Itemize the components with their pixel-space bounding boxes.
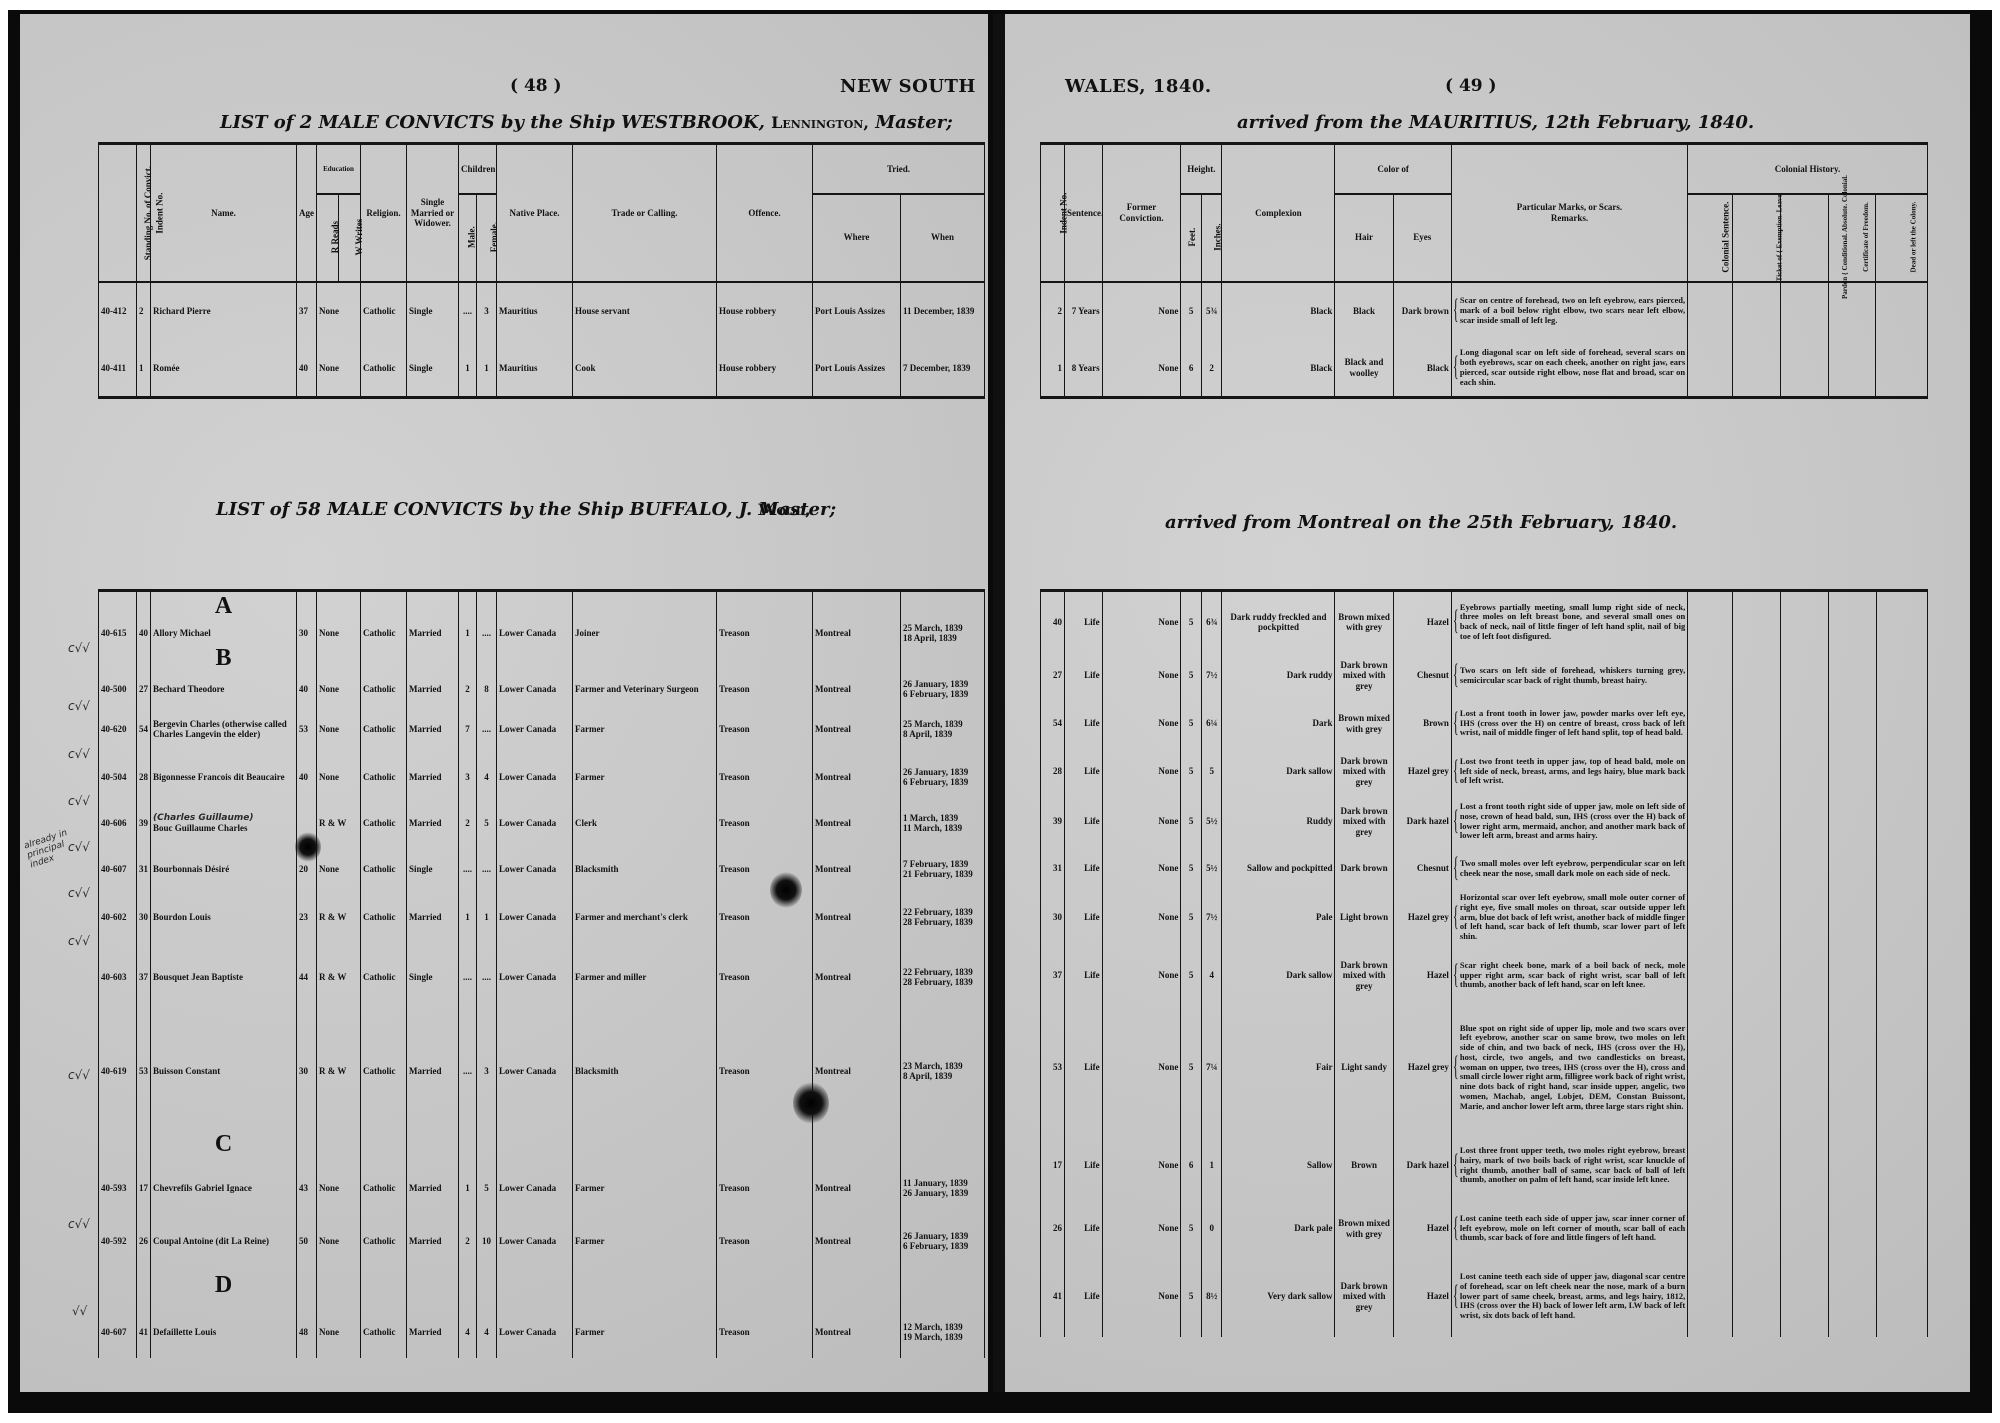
former-conviction: None	[1102, 889, 1181, 947]
header-offence: Offence.	[717, 144, 813, 282]
tried-when: 12 March, 183919 March, 1839	[901, 1306, 985, 1358]
header-where: Where	[813, 194, 901, 282]
indent-no: 53	[1041, 1005, 1065, 1131]
particular-marks: Blue spot on right side of upper lip, mo…	[1451, 1005, 1687, 1131]
table-row: 31LifeNone55½Sallow and pockpittedDark b…	[1041, 849, 1928, 889]
check-mark: c√√	[68, 641, 90, 655]
religion: Catholic	[361, 622, 407, 645]
indent-no: 37	[137, 942, 151, 1012]
height-feet: 5	[1181, 1257, 1202, 1337]
complexion: Sallow and pockpitted	[1222, 849, 1335, 889]
tried-where: Montreal	[813, 1306, 901, 1358]
westbrook-table-right: Indent No. Sentence. Former Conviction. …	[1040, 142, 1928, 564]
alpha-letter-b: B	[151, 644, 297, 674]
convict-name: Buisson Constant	[151, 1012, 297, 1130]
tried-when: 26 January, 18396 February, 1839	[901, 674, 985, 704]
complexion: Sallow	[1222, 1131, 1335, 1201]
complexion: Ruddy	[1222, 795, 1335, 849]
tried-where: Montreal	[813, 942, 901, 1012]
standing-no: 40-619	[99, 1012, 137, 1130]
check-mark: √√	[72, 1304, 87, 1318]
standing-no: 40-411	[99, 340, 137, 398]
native-place: Lower Canada	[497, 754, 573, 800]
indent-no: 37	[1041, 947, 1065, 1005]
hair-color: Black and woolley	[1335, 340, 1393, 398]
marital-status: Married	[407, 704, 459, 754]
header-former-conviction: Former Conviction.	[1102, 144, 1181, 282]
height-feet: 5	[1181, 849, 1202, 889]
trade: Farmer and Veterinary Surgeon	[573, 674, 717, 704]
westbrook-master: Lennington,	[771, 113, 869, 132]
height-inches: 7½	[1201, 889, 1222, 947]
indent-no: 27	[1041, 653, 1065, 699]
header-eyes: Eyes	[1393, 194, 1451, 282]
marital-status: Married	[407, 1216, 459, 1266]
height-inches: 8½	[1201, 1257, 1222, 1337]
buffalo-master: Wood,	[759, 500, 811, 519]
complexion: Very dark sallow	[1222, 1257, 1335, 1337]
tried-where: Montreal	[813, 1216, 901, 1266]
indent-no: 2	[1041, 282, 1065, 340]
tried-where: Montreal	[813, 674, 901, 704]
table-row: 27 YearsNone55¾BlackBlackDark brownScar …	[1041, 282, 1928, 340]
convict-name: Romée	[151, 340, 297, 398]
offence: Treason	[717, 1160, 813, 1216]
header-education: Education	[317, 144, 361, 194]
native-place: Mauritius	[497, 340, 573, 398]
children-male: 4	[459, 1306, 477, 1358]
convict-name: Bigonnesse Francois dit Beaucaire	[151, 754, 297, 800]
education: None	[317, 282, 361, 340]
header-height: Height.	[1181, 144, 1222, 194]
marital-status: Married	[407, 1306, 459, 1358]
height-inches: 5	[1201, 749, 1222, 795]
age: 44	[297, 942, 317, 1012]
age: 40	[297, 754, 317, 800]
age: 40	[297, 340, 317, 398]
convict-name: Coupal Antoine (dit La Reine)	[151, 1216, 297, 1266]
header-complexion: Complexion	[1222, 144, 1335, 282]
education: None	[317, 674, 361, 704]
alpha-letter-d: D	[151, 1266, 297, 1306]
table-row: 40-411 1 Romée 40 None Catholic Single 1…	[99, 340, 985, 398]
convict-name: (Charles Guillaume)Bouc Guillaume Charle…	[151, 800, 297, 846]
table-row: 40-50027Bechard Theodore40NoneCatholicMa…	[99, 674, 985, 704]
tried-when: 7 December, 1839	[901, 340, 985, 398]
education: R & W	[317, 1012, 361, 1130]
tried-when: 23 March, 18398 April, 1839	[901, 1012, 985, 1130]
eye-color: Hazel grey	[1393, 1005, 1451, 1131]
indent-no: 54	[137, 704, 151, 754]
hair-color: Light brown	[1335, 889, 1393, 947]
alpha-letter-a: A	[151, 591, 297, 622]
tried-where: Montreal	[813, 846, 901, 892]
indent-no: 31	[1041, 849, 1065, 889]
header-pardon: Pardon { Conditional. Absolute. Colonial…	[1780, 194, 1828, 282]
complexion: Dark sallow	[1222, 749, 1335, 795]
tried-where: Montreal	[813, 892, 901, 942]
table-row: 26LifeNone50Dark paleBrown mixed with gr…	[1041, 1201, 1928, 1257]
complexion: Dark pale	[1222, 1201, 1335, 1257]
age: 40	[297, 674, 317, 704]
header-hair: Hair	[1335, 194, 1393, 282]
header-inches: Inches.	[1201, 194, 1222, 282]
tried-where: Montreal	[813, 1160, 901, 1216]
standing-no: 40-593	[99, 1160, 137, 1216]
table-row: 27LifeNone57½Dark ruddyDark brown mixed …	[1041, 653, 1928, 699]
marital-status: Single	[407, 942, 459, 1012]
tried-where: Montreal	[813, 754, 901, 800]
westbrook-title: LIST of 2 MALE CONVICTS by the Ship WEST…	[220, 112, 953, 133]
religion: Catholic	[361, 1216, 407, 1266]
particular-marks: Eyebrows partially meeting, small lump r…	[1451, 591, 1687, 653]
running-head-left: NEW SOUTH	[840, 76, 976, 97]
height-inches: 4	[1201, 947, 1222, 1005]
children-female: 4	[477, 1306, 497, 1358]
native-place: Lower Canada	[497, 1012, 573, 1130]
height-feet: 5	[1181, 795, 1202, 849]
children-male: ....	[459, 282, 477, 340]
children-female: 3	[477, 1012, 497, 1130]
sentence: Life	[1064, 947, 1102, 1005]
complexion: Fair	[1222, 1005, 1335, 1131]
height-inches: 0	[1201, 1201, 1222, 1257]
sentence: Life	[1064, 699, 1102, 749]
tried-where: Montreal	[813, 704, 901, 754]
former-conviction: None	[1102, 749, 1181, 795]
header-marital: Single Married or Widower.	[407, 144, 459, 282]
height-feet: 5	[1181, 653, 1202, 699]
margin-note: already in principal index	[23, 823, 89, 870]
trade: Farmer	[573, 704, 717, 754]
native-place: Lower Canada	[497, 892, 573, 942]
native-place: Mauritius	[497, 282, 573, 340]
particular-marks: Lost canine teeth each side of upper jaw…	[1451, 1257, 1687, 1337]
religion: Catholic	[361, 892, 407, 942]
tried-when: 25 March, 18398 April, 1839	[901, 704, 985, 754]
children-male: 7	[459, 704, 477, 754]
convict-name: Bousquet Jean Baptiste	[151, 942, 297, 1012]
header-reads: R Reads	[317, 194, 339, 282]
children-male: 1	[459, 1160, 477, 1216]
right-page: WALES, 1840. ( 49 ) arrived from the MAU…	[1005, 14, 1970, 1392]
indent-no: 26	[137, 1216, 151, 1266]
trade: Farmer	[573, 1216, 717, 1266]
age: 30	[297, 622, 317, 645]
sentence: 7 Years	[1064, 282, 1102, 340]
age: 48	[297, 1306, 317, 1358]
indent-no: 30	[1041, 889, 1065, 947]
hair-color: Dark brown mixed with grey	[1335, 1257, 1393, 1337]
offence: Treason	[717, 800, 813, 846]
complexion: Black	[1222, 282, 1335, 340]
children-male: ....	[459, 942, 477, 1012]
sentence: Life	[1064, 653, 1102, 699]
standing-no: 40-603	[99, 942, 137, 1012]
indent-no: 40	[1041, 591, 1065, 653]
complexion: Dark sallow	[1222, 947, 1335, 1005]
trade: Clerk	[573, 800, 717, 846]
children-male: 2	[459, 674, 477, 704]
trade: Farmer and miller	[573, 942, 717, 1012]
hair-color: Black	[1335, 282, 1393, 340]
sentence: Life	[1064, 889, 1102, 947]
eye-color: Chesnut	[1393, 653, 1451, 699]
convict-name: Chevrefils Gabriel Ignace	[151, 1160, 297, 1216]
marital-status: Single	[407, 846, 459, 892]
particular-marks: Scar on centre of forehead, two on left …	[1451, 282, 1687, 340]
indent-no: 26	[1041, 1201, 1065, 1257]
height-inches: 5½	[1201, 795, 1222, 849]
age: 37	[297, 282, 317, 340]
buffalo-arrival-title: arrived from Montreal on the 25th Februa…	[1165, 512, 1677, 533]
sentence: Life	[1064, 1131, 1102, 1201]
height-feet: 5	[1181, 591, 1202, 653]
sentence: Life	[1064, 1005, 1102, 1131]
left-page: ( 48 ) NEW SOUTH LIST of 2 MALE CONVICTS…	[20, 14, 988, 1392]
religion: Catholic	[361, 942, 407, 1012]
marital-status: Single	[407, 282, 459, 340]
header-native-place: Native Place.	[497, 144, 573, 282]
age: 23	[297, 892, 317, 942]
header-religion: Religion.	[361, 144, 407, 282]
tried-where: Montreal	[813, 800, 901, 846]
eye-color: Dark hazel	[1393, 795, 1451, 849]
indent-no: 54	[1041, 699, 1065, 749]
header-feet: Feet.	[1181, 194, 1202, 282]
eye-color: Hazel	[1393, 1201, 1451, 1257]
table-row: 37LifeNone54Dark sallowDark brown mixed …	[1041, 947, 1928, 1005]
education: None	[317, 1160, 361, 1216]
hair-color: Brown mixed with grey	[1335, 591, 1393, 653]
children-male: 1	[459, 622, 477, 645]
westbrook-title-end: Master;	[875, 112, 953, 133]
education: R & W	[317, 942, 361, 1012]
particular-marks: Two small moles over left eyebrow, perpe…	[1451, 849, 1687, 889]
eye-color: Brown	[1393, 699, 1451, 749]
native-place: Lower Canada	[497, 1306, 573, 1358]
indent-no: 27	[137, 674, 151, 704]
education: None	[317, 1306, 361, 1358]
offence: Treason	[717, 1306, 813, 1358]
former-conviction: None	[1102, 795, 1181, 849]
header-certificate: Certificate of Freedom.	[1828, 194, 1876, 282]
trade: Joiner	[573, 622, 717, 645]
education: None	[317, 340, 361, 398]
indent-no: 17	[137, 1160, 151, 1216]
header-colonial-sentence: Colonial Sentence.	[1688, 194, 1733, 282]
height-inches: 7½	[1201, 653, 1222, 699]
handwritten-annotation: (Charles Guillaume)	[153, 813, 294, 823]
religion: Catholic	[361, 674, 407, 704]
buffalo-title: LIST of 58 MALE CONVICTS by the Ship BUF…	[216, 499, 836, 520]
header-marks: Particular Marks, or Scars.Remarks.	[1451, 144, 1687, 282]
children-male: 2	[459, 1216, 477, 1266]
children-female: 3	[477, 282, 497, 340]
eye-color: Dark brown	[1393, 282, 1451, 340]
header-female: Female.	[477, 194, 497, 282]
eye-color: Hazel grey	[1393, 889, 1451, 947]
eye-color: Black	[1393, 340, 1451, 398]
table-row: 40-60639(Charles Guillaume)Bouc Guillaum…	[99, 800, 985, 846]
check-mark: c√√	[68, 934, 90, 948]
table-row: 40-61540Allory Michael30NoneCatholicMarr…	[99, 622, 985, 645]
tried-when: 26 January, 18396 February, 1839	[901, 754, 985, 800]
running-head-right: WALES, 1840.	[1065, 76, 1212, 97]
height-inches: 5½	[1201, 849, 1222, 889]
former-conviction: None	[1102, 1257, 1181, 1337]
check-mark: c√√	[68, 1068, 90, 1082]
eye-color: Hazel grey	[1393, 749, 1451, 795]
particular-marks: Lost a front tooth in lower jaw, powder …	[1451, 699, 1687, 749]
sentence: Life	[1064, 849, 1102, 889]
education: None	[317, 846, 361, 892]
sentence: Life	[1064, 795, 1102, 849]
sentence: Life	[1064, 1201, 1102, 1257]
children-female: 5	[477, 800, 497, 846]
standing-no: 40-592	[99, 1216, 137, 1266]
standing-no: 40-602	[99, 892, 137, 942]
table-row: 40-60741Defaillette Louis48NoneCatholicM…	[99, 1306, 985, 1358]
offence: Treason	[717, 704, 813, 754]
table-row: 40-59226Coupal Antoine (dit La Reine)50N…	[99, 1216, 985, 1266]
children-female: ....	[477, 704, 497, 754]
education: None	[317, 704, 361, 754]
offence: Treason	[717, 1216, 813, 1266]
indent-no: 53	[137, 1012, 151, 1130]
header-male: Male.	[459, 194, 477, 282]
particular-marks: Lost three front upper teeth, two moles …	[1451, 1131, 1687, 1201]
religion: Catholic	[361, 1160, 407, 1216]
page-number-48: ( 48 )	[510, 76, 562, 96]
table-row: 30LifeNone57½PaleLight brownHazel greyHo…	[1041, 889, 1928, 947]
tried-where: Montreal	[813, 622, 901, 645]
children-female: ....	[477, 622, 497, 645]
children-female: ....	[477, 942, 497, 1012]
table-row: 40-61953Buisson Constant30R & WCatholicM…	[99, 1012, 985, 1130]
eye-color: Hazel	[1393, 947, 1451, 1005]
native-place: Lower Canada	[497, 1160, 573, 1216]
ink-blot	[770, 872, 802, 908]
indent-no: 1	[1041, 340, 1065, 398]
indent-no: 28	[137, 754, 151, 800]
height-feet: 6	[1181, 1131, 1202, 1201]
table-row: 40-412 2 Richard Pierre 37 None Catholic…	[99, 282, 985, 340]
header-name: Name.	[151, 144, 297, 282]
height-inches: 5¾	[1201, 282, 1222, 340]
former-conviction: None	[1102, 591, 1181, 653]
eye-color: Hazel	[1393, 1257, 1451, 1337]
hair-color: Dark brown mixed with grey	[1335, 653, 1393, 699]
alpha-letter-c: C	[151, 1130, 297, 1160]
height-inches: 1	[1201, 1131, 1222, 1201]
standing-no: 40-615	[99, 622, 137, 645]
eye-color: Chesnut	[1393, 849, 1451, 889]
indent-no: 39	[1041, 795, 1065, 849]
check-mark: c√√	[68, 699, 90, 713]
standing-no: 40-607	[99, 846, 137, 892]
education: None	[317, 1216, 361, 1266]
height-feet: 5	[1181, 889, 1202, 947]
convict-name: Bergevin Charles (otherwise called Charl…	[151, 704, 297, 754]
children-male: 2	[459, 800, 477, 846]
sentence: Life	[1064, 749, 1102, 795]
hair-color: Brown mixed with grey	[1335, 699, 1393, 749]
tried-when: 7 February, 183921 February, 1839	[901, 846, 985, 892]
trade: Farmer	[573, 754, 717, 800]
children-female: 5	[477, 1160, 497, 1216]
children-male: 1	[459, 892, 477, 942]
tried-when: 11 December, 1839	[901, 282, 985, 340]
indent-no: 30	[137, 892, 151, 942]
marital-status: Married	[407, 1160, 459, 1216]
religion: Catholic	[361, 1306, 407, 1358]
convict-name: Richard Pierre	[151, 282, 297, 340]
convict-name: Bourdon Louis	[151, 892, 297, 942]
complexion: Black	[1222, 340, 1335, 398]
height-inches: 7¼	[1201, 1005, 1222, 1131]
height-inches: 6¾	[1201, 591, 1222, 653]
trade: Blacksmith	[573, 1012, 717, 1130]
height-feet: 5	[1181, 947, 1202, 1005]
religion: Catholic	[361, 340, 407, 398]
height-feet: 5	[1181, 1201, 1202, 1257]
tried-when: 22 February, 183928 February, 1839	[901, 942, 985, 1012]
offence: Treason	[717, 674, 813, 704]
tried-where: Port Louis Assizes	[813, 340, 901, 398]
complexion: Dark ruddy freckled and pockpitted	[1222, 591, 1335, 653]
age: 43	[297, 1160, 317, 1216]
former-conviction: None	[1102, 699, 1181, 749]
indent-no: 39	[137, 800, 151, 846]
children-female: 1	[477, 892, 497, 942]
native-place: Lower Canada	[497, 704, 573, 754]
tried-when: 11 January, 183926 January, 1839	[901, 1160, 985, 1216]
offence: Treason	[717, 754, 813, 800]
header-color-of: Color of	[1335, 144, 1451, 194]
header-colonial-history: Colonial History.	[1688, 144, 1928, 194]
trade: Farmer	[573, 1306, 717, 1358]
header-trade: Trade or Calling.	[573, 144, 717, 282]
particular-marks: Two scars on left side of forehead, whis…	[1451, 653, 1687, 699]
indent-no: 41	[137, 1306, 151, 1358]
table-row: 41LifeNone58½Very dark sallowDark brown …	[1041, 1257, 1928, 1337]
standing-no: 40-500	[99, 674, 137, 704]
native-place: Lower Canada	[497, 942, 573, 1012]
religion: Catholic	[361, 1012, 407, 1130]
header-age: Age	[297, 144, 317, 282]
hair-color: Dark brown	[1335, 849, 1393, 889]
age: 30	[297, 1012, 317, 1130]
ink-blot	[295, 832, 321, 862]
standing-no: 40-504	[99, 754, 137, 800]
former-conviction: None	[1102, 653, 1181, 699]
tried-when: 26 January, 18396 February, 1839	[901, 1216, 985, 1266]
children-female: ....	[477, 846, 497, 892]
marital-status: Married	[407, 1012, 459, 1130]
indent-no: 41	[1041, 1257, 1065, 1337]
trade: House servant	[573, 282, 717, 340]
offence: House robbery	[717, 282, 813, 340]
education: R & W	[317, 800, 361, 846]
buffalo-title-main: LIST of 58 MALE CONVICTS by the Ship BUF…	[216, 499, 752, 520]
former-conviction: None	[1102, 849, 1181, 889]
particular-marks: Horizontal scar over left eyebrow, small…	[1451, 889, 1687, 947]
sentence: Life	[1064, 1257, 1102, 1337]
marital-status: Married	[407, 674, 459, 704]
ink-blot	[793, 1082, 829, 1124]
education: R & W	[317, 892, 361, 942]
